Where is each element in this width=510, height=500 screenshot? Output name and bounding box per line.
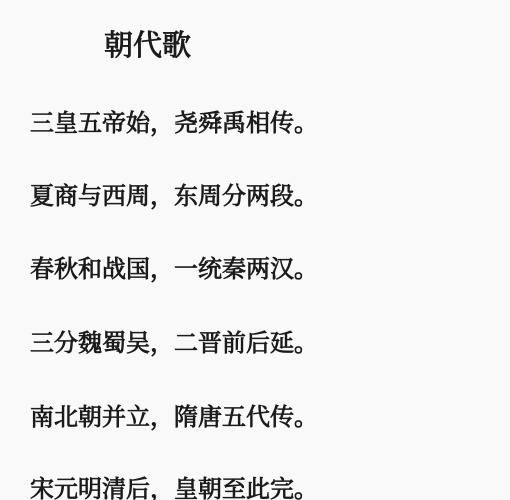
poem-line-5: 南北朝并立，隋唐五代传。 [30,405,318,429]
poem-line-4: 三分魏蜀吴，二晋前后延。 [30,331,318,355]
poem-title: 朝代歌 [104,31,191,60]
poem-line-2: 夏商与西周，东周分两段。 [30,184,318,208]
poem-line-3: 春秋和战国，一统秦两汉。 [30,257,318,281]
poem-line-6: 宋元明清后，皇朝至此完。 [30,477,318,500]
poem-page: 朝代歌 三皇五帝始，尧舜禹相传。 夏商与西周，东周分两段。 春秋和战国，一统秦两… [0,0,510,500]
poem-line-1: 三皇五帝始，尧舜禹相传。 [30,111,318,135]
